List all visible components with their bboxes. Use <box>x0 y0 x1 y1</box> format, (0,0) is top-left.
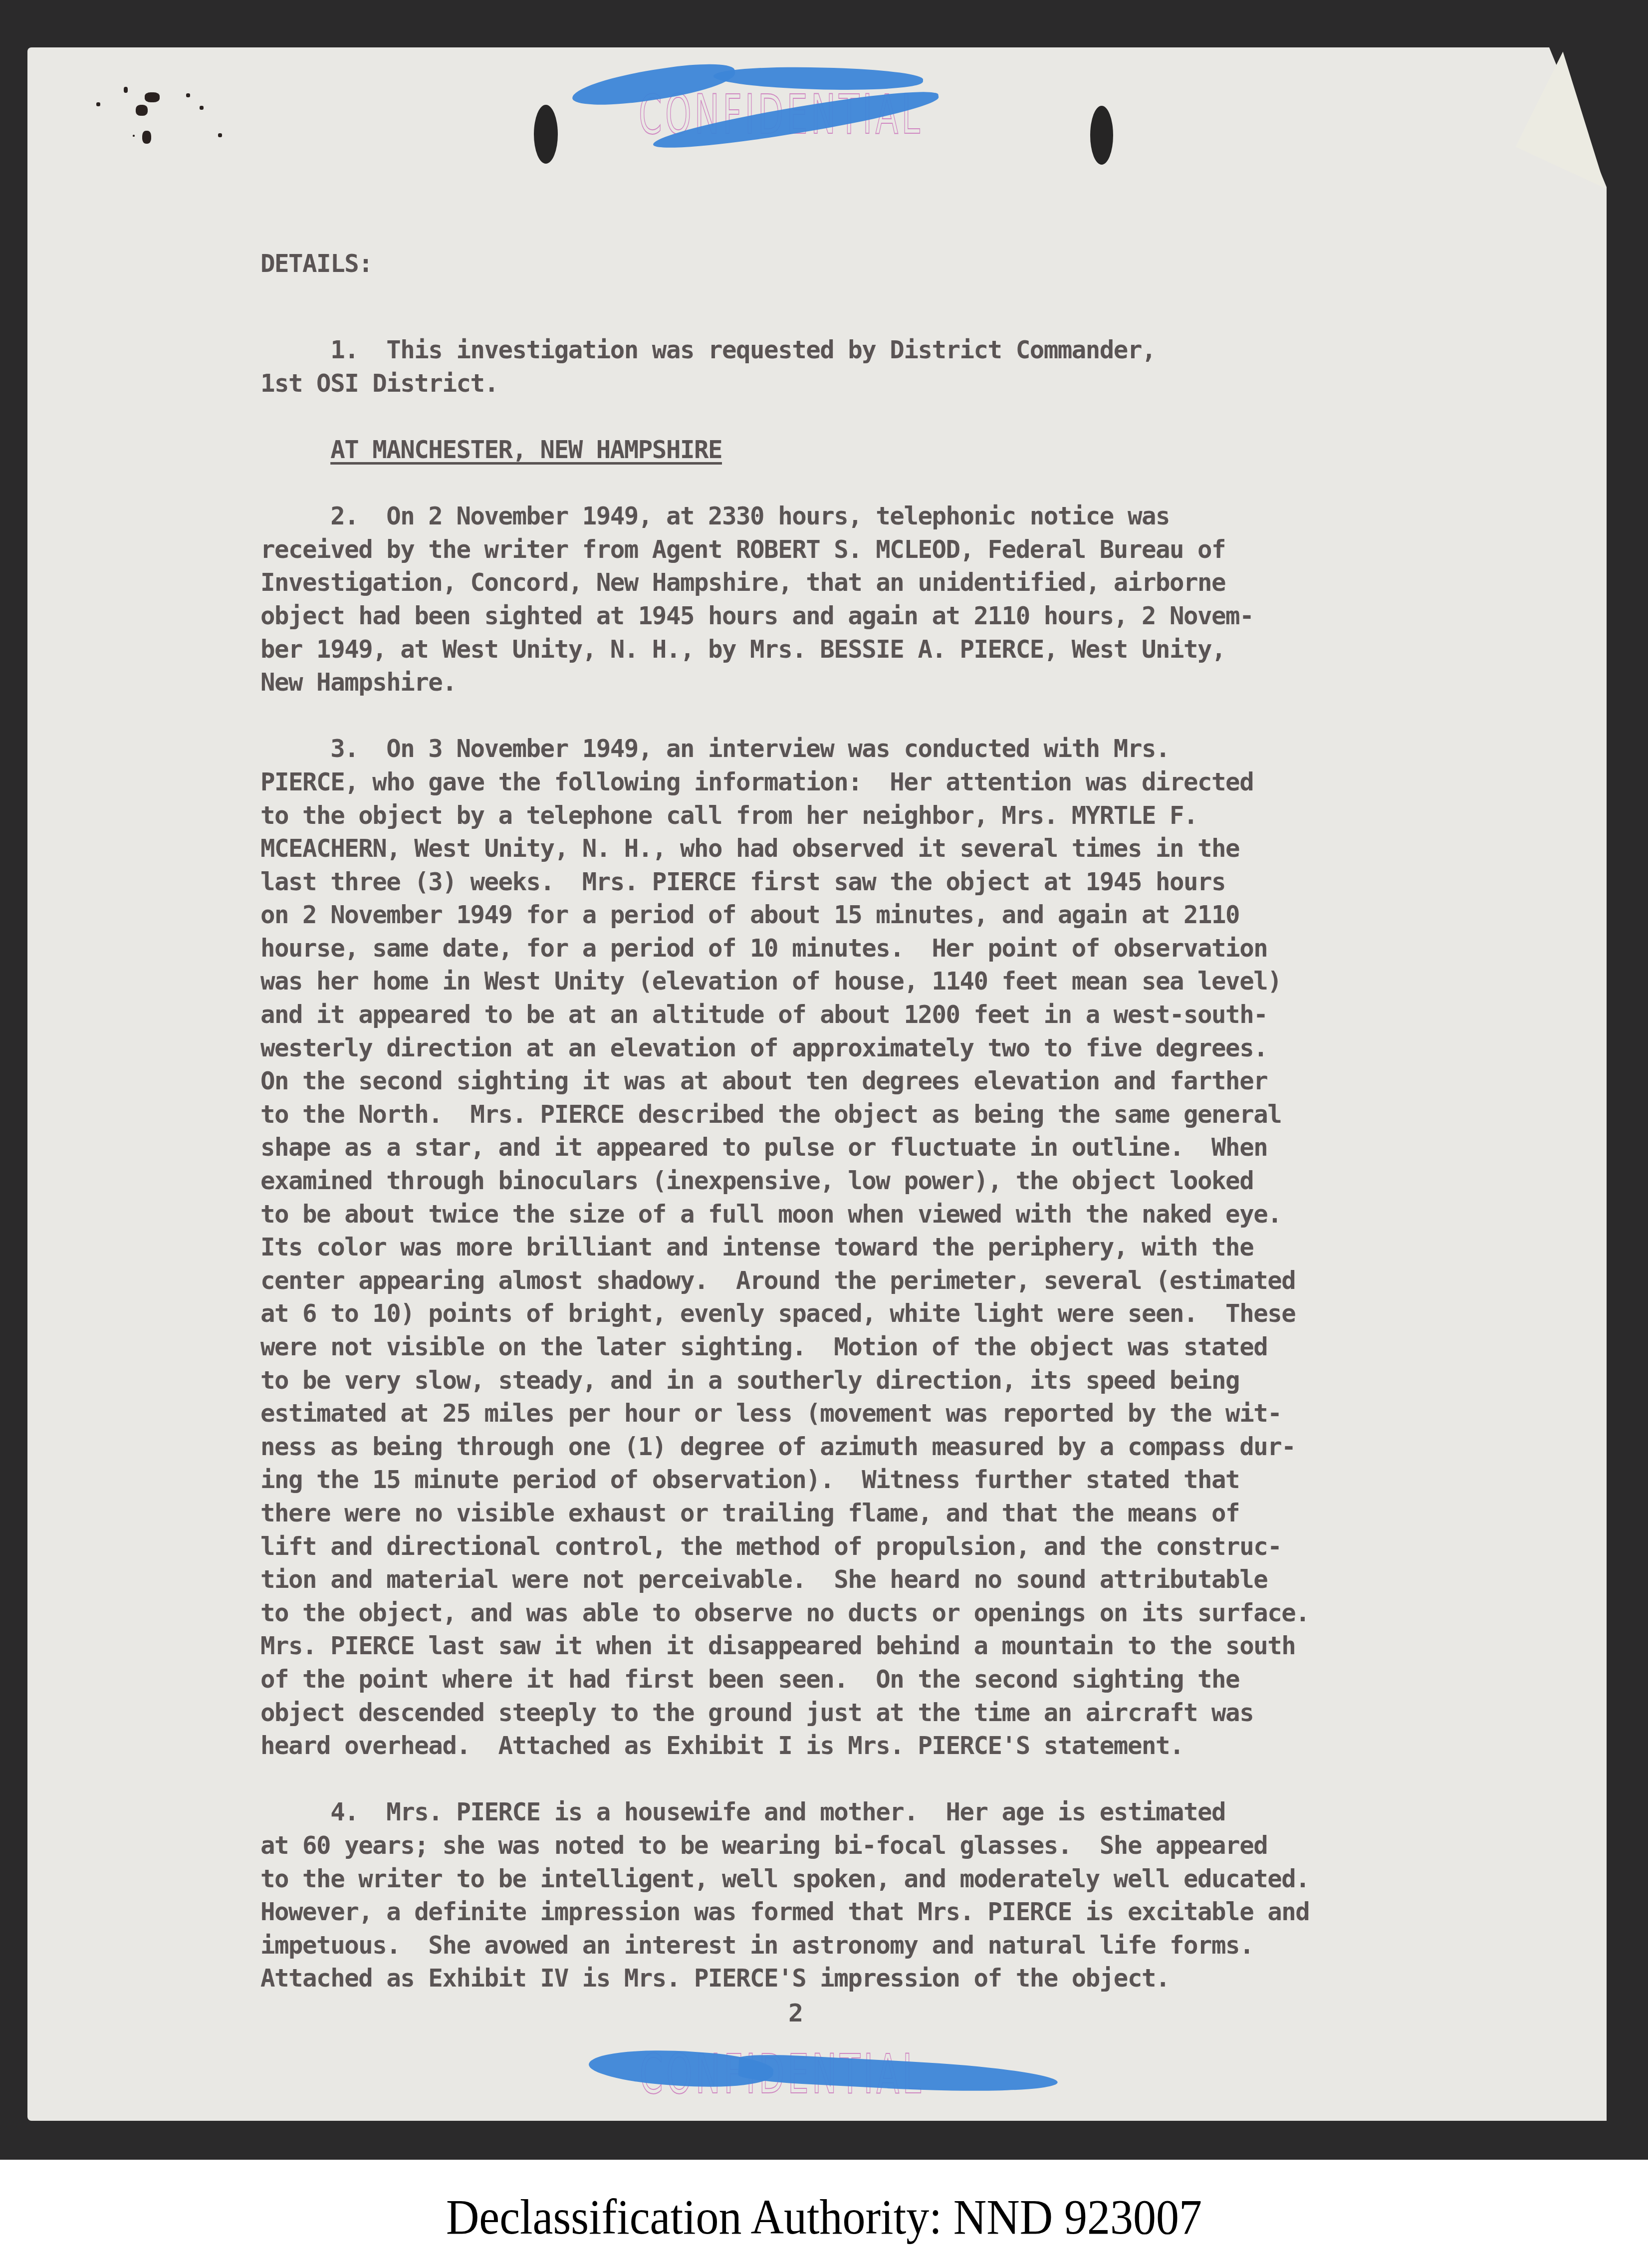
para-3-line: were not visible on the later sighting. … <box>260 1330 1512 1364</box>
para-3-line: ing the 15 minute period of observation)… <box>260 1463 1512 1497</box>
para-3-line: 3. On 3 November 1949, an interview was … <box>260 732 1512 765</box>
location-heading-row: AT MANCHESTER, NEW HAMPSHIRE <box>260 433 1512 467</box>
para-3-line: heard overhead. Attached as Exhibit I is… <box>260 1729 1512 1763</box>
para-3-line: object descended steeply to the ground j… <box>260 1696 1512 1730</box>
para-4-line: 4. Mrs. PIERCE is a housewife and mother… <box>260 1795 1512 1829</box>
para-3-line: last three (3) weeks. Mrs. PIERCE first … <box>260 865 1512 899</box>
para-4-line: impetuous. She avowed an interest in ast… <box>260 1929 1512 1962</box>
punch-hole-right <box>1090 106 1113 165</box>
para-3-line: ness as being through one (1) degree of … <box>260 1430 1512 1464</box>
para-4-line: However, a definite impression was forme… <box>260 1895 1512 1929</box>
para-3-line: MCEACHERN, West Unity, N. H., who had ob… <box>260 832 1512 865</box>
ink-speck <box>200 106 204 110</box>
para-2-line: received by the writer from Agent ROBERT… <box>260 533 1512 566</box>
para-3-line: tion and material were not perceivable. … <box>260 1563 1512 1596</box>
para-3-line: of the point where it had first been see… <box>260 1663 1512 1696</box>
para-2-line: New Hampshire. <box>260 666 1512 699</box>
para-2-line: object had been sighted at 1945 hours an… <box>260 599 1512 633</box>
para-3-line: to be about twice the size of a full moo… <box>260 1198 1512 1231</box>
para-2-line: ber 1949, at West Unity, N. H., by Mrs. … <box>260 633 1512 666</box>
para-3-line: at 6 to 10) points of bright, evenly spa… <box>260 1297 1512 1330</box>
para-3-line: there were no visible exhaust or trailin… <box>260 1497 1512 1530</box>
para-3-line: westerly direction at an elevation of ap… <box>260 1031 1512 1065</box>
para-3-line: on 2 November 1949 for a period of about… <box>260 898 1512 932</box>
para-2-line: 2. On 2 November 1949, at 2330 hours, te… <box>260 500 1512 533</box>
para-3-line: to the object, and was able to observe n… <box>260 1596 1512 1630</box>
para-3-line: On the second sighting it was at about t… <box>260 1064 1512 1098</box>
para-3-line: estimated at 25 miles per hour or less (… <box>260 1397 1512 1430</box>
para-3-line: to the North. Mrs. PIERCE described the … <box>260 1098 1512 1131</box>
para-3-line: lift and directional control, the method… <box>260 1530 1512 1563</box>
para-4-line: at 60 years; she was noted to be wearing… <box>260 1829 1512 1862</box>
para-1-line: 1st OSI District. <box>260 367 1512 400</box>
para-3-line: center appearing almost shadowy. Around … <box>260 1264 1512 1297</box>
ink-speck <box>218 133 222 137</box>
ink-speck <box>186 93 190 97</box>
ink-speck <box>133 135 135 137</box>
declassification-caption: Declassification Authority: NND 923007 <box>66 2188 1582 2246</box>
para-4-line: to the writer to be intelligent, well sp… <box>260 1862 1512 1896</box>
para-3-line: PIERCE, who gave the following informati… <box>260 765 1512 799</box>
para-3-line: to be very slow, steady, and in a southe… <box>260 1364 1512 1397</box>
para-3-line: and it appeared to be at an altitude of … <box>260 998 1512 1031</box>
para-3-line: to the object by a telephone call from h… <box>260 799 1512 832</box>
punch-hole-left <box>534 105 558 164</box>
ink-speck <box>142 131 151 144</box>
para-4-line: Attached as Exhibit IV is Mrs. PIERCE'S … <box>260 1962 1512 1995</box>
para-3-line: hourse, same date, for a period of 10 mi… <box>260 932 1512 965</box>
section-title: DETAILS: <box>260 247 1512 280</box>
typed-report-body: DETAILS: 1. This investigation was reque… <box>260 247 1512 1995</box>
ink-speck <box>96 102 100 106</box>
location-heading: AT MANCHESTER, NEW HAMPSHIRE <box>330 435 722 464</box>
para-3-line: Its color was more brilliant and intense… <box>260 1231 1512 1264</box>
page-number: 2 <box>788 1999 803 2027</box>
para-2-line: Investigation, Concord, New Hampshire, t… <box>260 566 1512 599</box>
para-3-line: Mrs. PIERCE last saw it when it disappea… <box>260 1629 1512 1663</box>
para-3-line: was her home in West Unity (elevation of… <box>260 965 1512 998</box>
ink-speck <box>136 105 148 116</box>
para-3-line: examined through binoculars (inexpensive… <box>260 1164 1512 1198</box>
para-3-line: shape as a star, and it appeared to puls… <box>260 1131 1512 1164</box>
para-1-line: 1. This investigation was requested by D… <box>260 333 1512 367</box>
ink-speck <box>124 87 128 93</box>
ink-speck <box>145 92 160 102</box>
